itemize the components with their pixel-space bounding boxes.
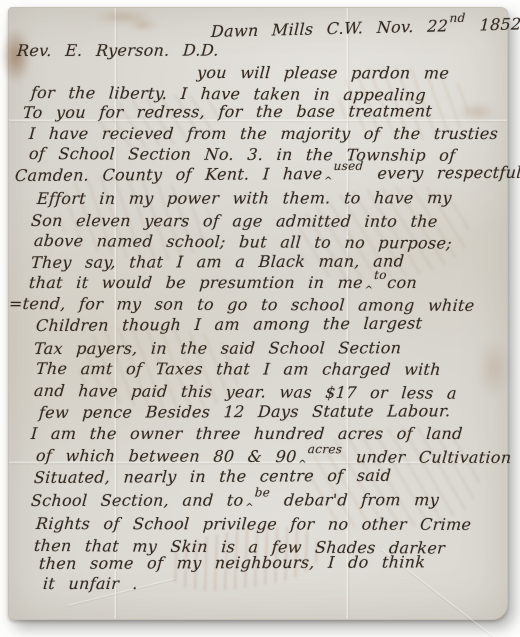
line-text: Situated, nearly in the centre of said: [33, 466, 391, 487]
line-text: Camden. County of Kent. I have: [14, 164, 323, 185]
line-text: con: [387, 273, 418, 292]
line-text: =tend, for my son to go to school among …: [8, 294, 475, 315]
inserted-word: acres: [307, 442, 342, 456]
insertion-caret-icon: ^: [245, 503, 254, 514]
letter-line-8: Camden. County of Kent. I have^used ever…: [14, 163, 520, 185]
line-text: I have recieved from the majority of the…: [28, 124, 499, 143]
ink-stain: [129, 20, 157, 30]
line-text: debar'd from my: [270, 490, 440, 509]
letter-line-27: it unfair .: [42, 574, 138, 593]
line-text: Tax payers, in the said School Section: [33, 338, 402, 358]
letter-line-17: The amt of Taxes that I am charged with: [35, 359, 441, 379]
line-text: it unfair .: [42, 574, 138, 593]
letter-line-23: School Section, and to^be debar'd from m…: [30, 490, 439, 510]
line-text: School Section, and to: [30, 491, 244, 510]
line-text: of which between 80 & 90: [35, 446, 297, 466]
line-text: then some of my neighbours, I do think: [38, 552, 426, 573]
ink-stain: [93, 10, 153, 24]
scan-background: Dawn Mills C.W. Nov. 22nd 1852Rev. E. Ry…: [0, 0, 520, 637]
inserted-word: to: [374, 268, 388, 282]
line-text: I am the owner three hundred acres of la…: [30, 424, 463, 443]
inserted-word: nd: [449, 11, 466, 25]
line-text: 1852: [466, 14, 520, 34]
letter-line-14: =tend, for my son to go to school among …: [8, 294, 475, 315]
insertion-caret-icon: ^: [364, 285, 373, 296]
letter-line-9: Effort in my power with them. to have my: [36, 188, 452, 208]
dateline: Dawn Mills C.W. Nov. 22nd 1852: [211, 14, 520, 41]
salutation: Rev. E. Ryerson. D.D.: [16, 41, 219, 60]
line-text: every respectful: [363, 163, 520, 183]
letter-line-6: I have recieved from the majority of the…: [28, 124, 499, 143]
line-text: Rev. E. Ryerson. D.D.: [16, 41, 219, 60]
line-text: that it would be presumtion in me: [28, 273, 363, 292]
line-text: The amt of Taxes that I am charged with: [35, 359, 441, 379]
line-text: above named school; but all to no purpos…: [33, 231, 452, 253]
letter-line-11: above named school; but all to no purpos…: [33, 231, 452, 253]
letter-line-20: I am the owner three hundred acres of la…: [30, 424, 463, 443]
letter-line-13: that it would be presumtion in me^tocon: [28, 273, 417, 292]
letter-line-15: Children though I am among the largest: [35, 314, 423, 335]
line-text: and have paid this year. was $17 or less…: [33, 381, 457, 403]
line-text: To you for redress, for the base treatme…: [22, 101, 432, 122]
letter-line-26: then some of my neighbours, I do think: [38, 552, 426, 573]
line-text: under Cultivation: [342, 447, 512, 467]
line-text: Children though I am among the largest: [35, 314, 423, 335]
letter-line-21: of which between 80 & 90^acres under Cul…: [35, 446, 512, 467]
letter-page: Dawn Mills C.W. Nov. 22nd 1852Rev. E. Ry…: [8, 7, 508, 620]
line-text: of School Section No. 3. in the Township…: [28, 144, 456, 165]
letter-line-24: Rights of School privilege for no other …: [35, 514, 472, 534]
letter-line-18: and have paid this year. was $17 or less…: [33, 381, 457, 403]
insertion-caret-icon: ^: [324, 176, 333, 187]
letter-line-19: few pence Besides 12 Days Statute Labour…: [38, 401, 451, 422]
letter-line-5: To you for redress, for the base treatme…: [22, 101, 432, 122]
letter-line-12: They say, that I am a Black man, and: [30, 251, 405, 272]
ink-stain: [477, 338, 511, 398]
letter-line-16: Tax payers, in the said School Section: [33, 338, 402, 358]
line-text: Son eleven years of age admitted into th…: [30, 211, 438, 231]
inserted-word: used: [333, 159, 364, 173]
line-text: Dawn Mills C.W. Nov. 22: [211, 16, 449, 41]
line-text: Effort in my power with them. to have my: [36, 188, 452, 208]
line-text: few pence Besides 12 Days Statute Labour…: [38, 401, 451, 422]
letter-line-7: of School Section No. 3. in the Township…: [28, 144, 456, 165]
ink-stain: [457, 103, 497, 121]
letter-line-3: you will please pardon me: [196, 63, 450, 83]
inserted-word: be: [254, 485, 270, 499]
line-text: you will please pardon me: [196, 63, 450, 83]
letter-line-10: Son eleven years of age admitted into th…: [30, 211, 438, 231]
line-text: Rights of School privilege for no other …: [35, 514, 472, 534]
letter-line-22: Situated, nearly in the centre of said: [33, 466, 391, 487]
line-text: They say, that I am a Black man, and: [30, 251, 405, 272]
